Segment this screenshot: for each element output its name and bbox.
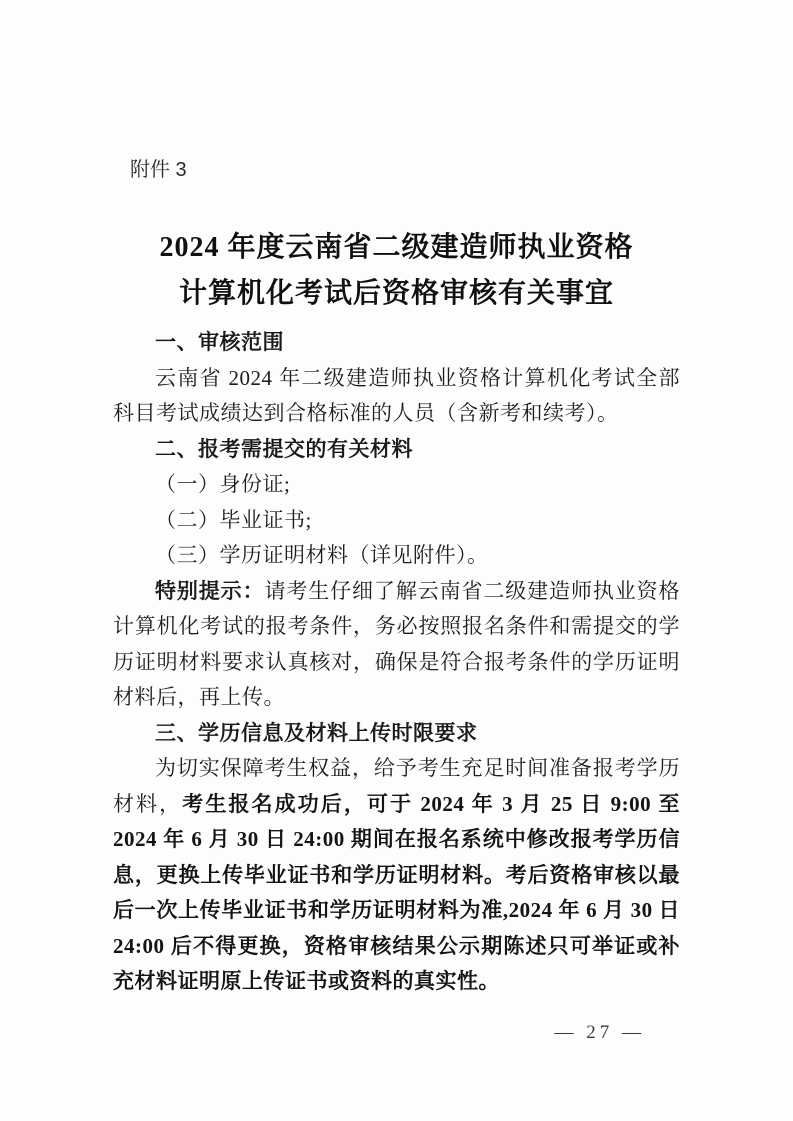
material-item-diploma: （二）毕业证书; xyxy=(113,503,680,539)
material-item-id-card: （一）身份证; xyxy=(113,467,680,503)
review-scope-paragraph: 云南省 2024 年二级建造师执业资格计算机化考试全部科目考试成绩达到合格标准的… xyxy=(113,361,680,432)
special-note-label: 特别提示： xyxy=(155,580,264,603)
document-page: 附件 3 2024 年度云南省二级建造师执业资格 计算机化考试后资格审核有关事宜… xyxy=(0,0,793,1121)
page-number: — 27 — xyxy=(555,1022,646,1044)
upload-deadline-text-bold: 考生报名成功后，可于 2024 年 3 月 25 日 9:00 至 2024 年… xyxy=(113,792,680,994)
section-heading-required-materials: 二、报考需提交的有关材料 xyxy=(113,432,680,468)
document-title-line-1: 2024 年度云南省二级建造师执业资格 xyxy=(113,225,680,271)
attachment-label: 附件 3 xyxy=(130,155,680,185)
upload-deadline-paragraph: 为切实保障考生权益，给予考生充足时间准备报考学历材料，考生报名成功后，可于 20… xyxy=(113,751,680,1000)
document-title-line-2: 计算机化考试后资格审核有关事宜 xyxy=(113,271,680,317)
material-item-education-proof: （三）学历证明材料（详见附件）。 xyxy=(113,538,680,574)
section-heading-upload-deadline: 三、学历信息及材料上传时限要求 xyxy=(113,716,680,752)
document-title: 2024 年度云南省二级建造师执业资格 计算机化考试后资格审核有关事宜 xyxy=(113,225,680,317)
section-heading-review-scope: 一、审核范围 xyxy=(113,325,680,361)
document-body: 一、审核范围 云南省 2024 年二级建造师执业资格计算机化考试全部科目考试成绩… xyxy=(113,325,680,1000)
special-note-paragraph: 特别提示：请考生仔细了解云南省二级建造师执业资格计算机化考试的报考条件，务必按照… xyxy=(113,574,680,716)
